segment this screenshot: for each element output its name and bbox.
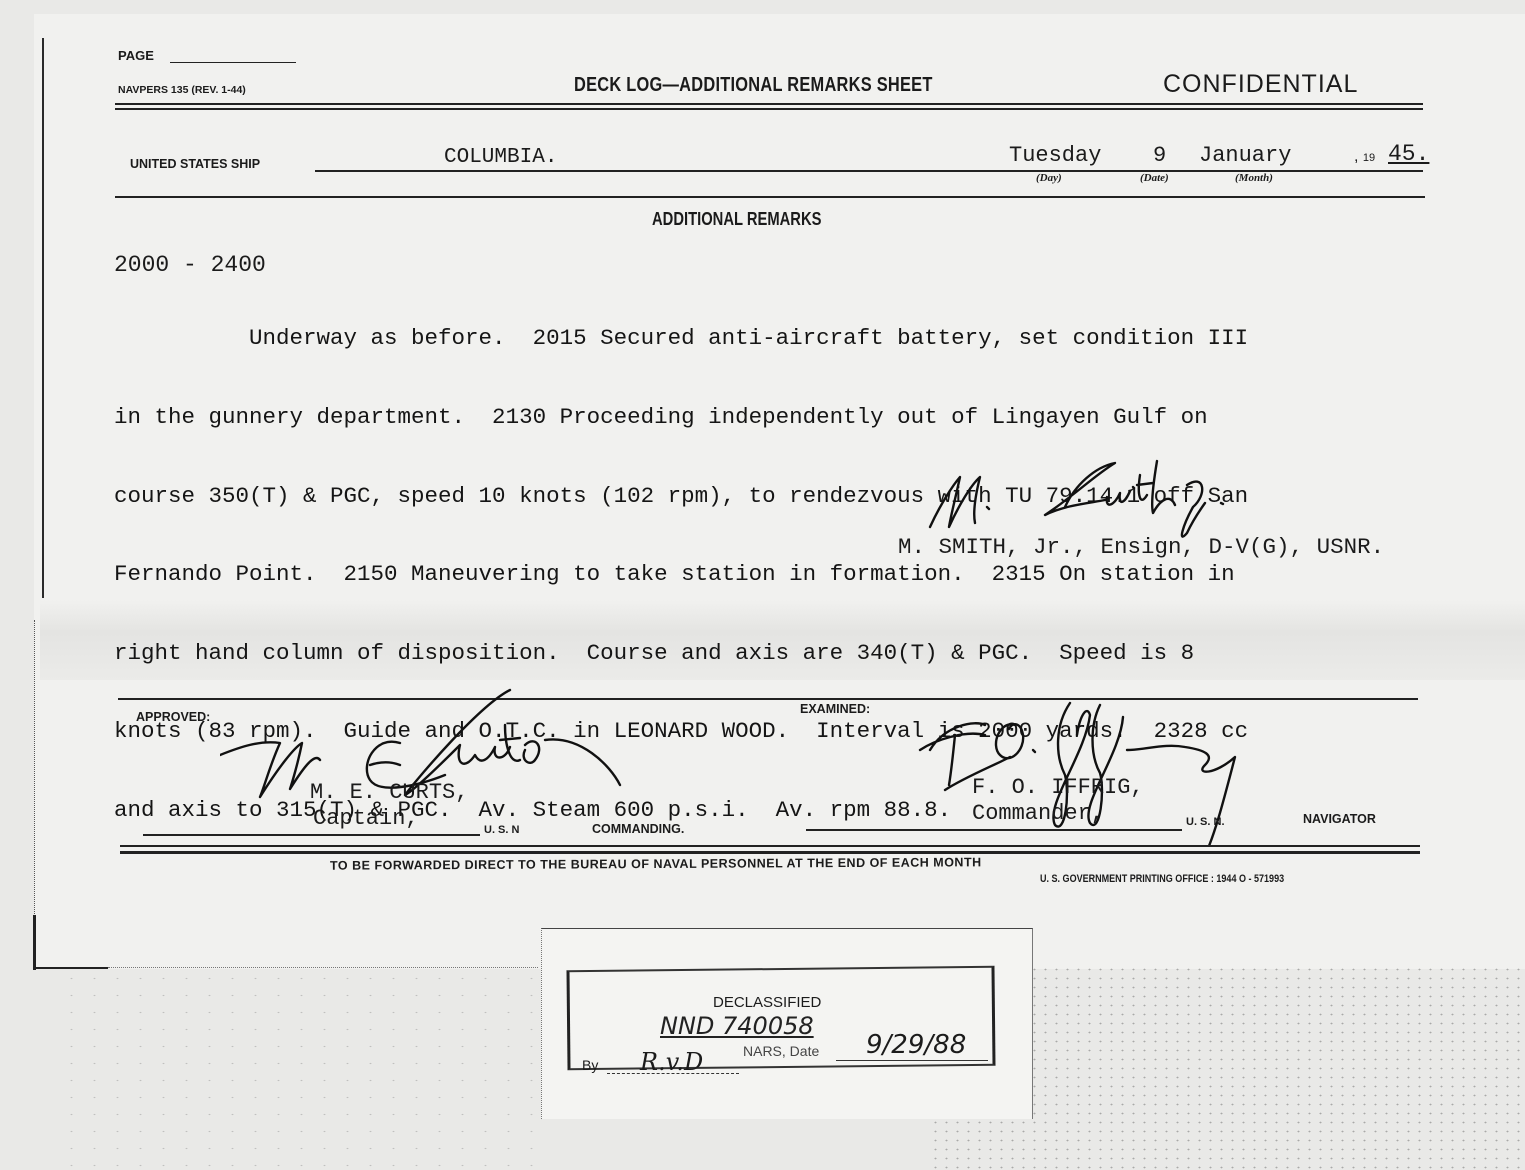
date-caption: (Date) <box>1140 172 1169 184</box>
navigator-role: NAVIGATOR <box>1303 812 1376 826</box>
header-rule <box>115 103 1423 105</box>
signature-line <box>806 829 1182 831</box>
signer-name: M. SMITH, Jr., Ensign, D-V(G), USNR. <box>898 534 1384 560</box>
month-value: January <box>1199 143 1291 168</box>
footer-rule <box>120 845 1420 847</box>
remarks-line: Underway as before. 2015 Secured anti-ai… <box>114 325 1444 351</box>
corner-mark <box>33 915 36 970</box>
classification-label: CONFIDENTIAL <box>1163 70 1358 99</box>
navigator-service: U. S. N. <box>1186 816 1225 828</box>
approved-label: APPROVED: <box>136 710 210 724</box>
stamp-by-value: R.v.D <box>640 1048 703 1076</box>
examined-label: EXAMINED: <box>800 702 870 716</box>
officer-signature <box>925 455 1255 545</box>
section-rule <box>115 196 1425 198</box>
stamp-title: DECLASSIFIED <box>713 994 821 1011</box>
sheet-edge <box>108 967 538 968</box>
remarks-line: Fernando Point. 2150 Maneuvering to take… <box>114 561 1444 587</box>
printer-imprint: U. S. GOVERNMENT PRINTING OFFICE : 1944 … <box>1040 873 1284 885</box>
day-value: Tuesday <box>1009 143 1101 168</box>
signature-line <box>143 834 480 836</box>
year-value: 45. <box>1388 141 1429 167</box>
stamp-nars-label: NARS, Date <box>743 1043 819 1059</box>
stamp-authority: NND 740058 <box>660 1012 814 1040</box>
date-value: 9 <box>1153 143 1166 168</box>
stamp-date-line <box>836 1060 988 1061</box>
captain-role: COMMANDING. <box>592 822 684 836</box>
captain-name: M. E. CURTS, <box>310 780 468 805</box>
captain-rank: Captain, <box>313 806 419 831</box>
navigator-rank: Commander, <box>972 801 1104 826</box>
scan-noise <box>60 970 540 1170</box>
section-title: ADDITIONAL REMARKS <box>652 209 821 230</box>
remarks-line: in the gunnery department. 2130 Proceedi… <box>114 404 1444 430</box>
year-prefix: , 19 <box>1354 148 1375 166</box>
margin-rule <box>42 38 44 598</box>
page-number-line <box>170 62 296 63</box>
footer-rule <box>120 851 1420 854</box>
page-label: PAGE <box>118 48 154 63</box>
day-caption: (Day) <box>1036 172 1062 184</box>
margin-rule-dotted <box>34 620 37 920</box>
stamp-date-value: 9/29/88 <box>866 1030 966 1060</box>
captain-service: U. S. N <box>484 824 519 836</box>
ship-label: UNITED STATES SHIP <box>130 157 260 171</box>
corner-mark <box>33 967 108 969</box>
header-rule <box>115 108 1423 110</box>
sheet-title: DECK LOG—ADDITIONAL REMARKS SHEET <box>574 74 933 97</box>
form-id: NAVPERS 135 (REV. 1-44) <box>118 84 246 96</box>
remarks-line: right hand column of disposition. Course… <box>114 640 1444 666</box>
navigator-name: F. O. IFFRIG, <box>972 775 1144 800</box>
month-caption: (Month) <box>1235 172 1273 184</box>
ship-name: COLUMBIA. <box>444 146 557 169</box>
stamp-by-label: By <box>582 1057 598 1073</box>
